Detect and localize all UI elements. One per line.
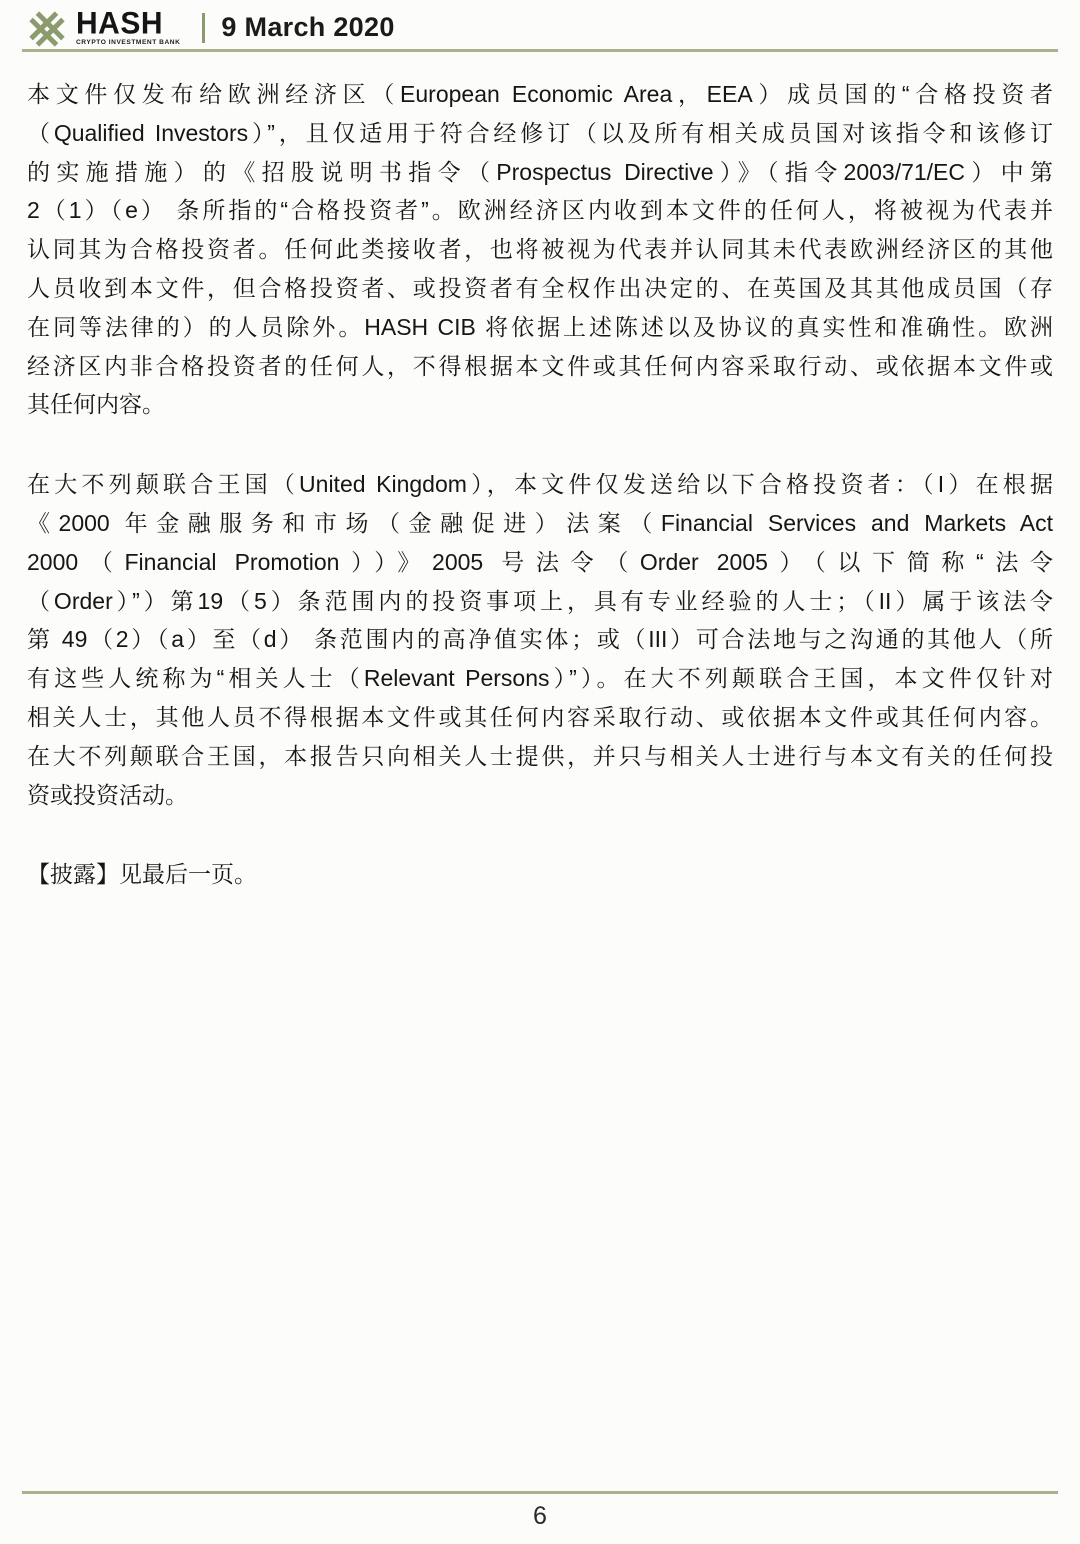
page-number: 6 [0,1502,1080,1531]
disclosure-note: 【披露】见最后一页。 [27,855,1053,894]
header-rule [22,49,1058,52]
text-line: 【披露】见最后一页。 [27,855,1053,894]
text-line: 资或投资活动。 [27,776,1053,815]
text-line: 人员收到本文件，但合格投资者、或投资者有全权作出决定的、在英国及其其他成员国（存 [27,269,1053,308]
report-date: 9 March 2020 [221,12,394,43]
text-line: 有这些人统称为“相关人士（Relevant Persons）”）。在大不列颠联合… [27,659,1053,698]
text-line: 本文件仅发布给欧洲经济区（European Economic Area，EEA）… [27,75,1053,114]
report-page: HASH CRYPTO INVESTMENT BANK 9 March 2020… [0,0,1080,1544]
header-separator-bar [202,13,205,43]
hash-asterisk-icon [27,9,67,49]
text-line: 2000（Financial Promotion））》2005 号法令（Orde… [27,543,1053,582]
report-header: HASH CRYPTO INVESTMENT BANK 9 March 2020 [27,4,1056,52]
text-line: 其任何内容。 [27,385,1053,424]
disclaimer-paragraph-eea: 本文件仅发布给欧洲经济区（European Economic Area，EEA）… [27,75,1053,424]
text-line: 在同等法律的）的人员除外。HASH CIB 将依据上述陈述以及协议的真实性和准确… [27,308,1053,347]
text-line: （Qualified Investors）”，且仅适用于符合经修订（以及所有相关… [27,114,1053,153]
text-line: 在大不列颠联合王国，本报告只向相关人士提供，并只与相关人士进行与本文有关的任何投 [27,737,1053,776]
text-line: 第 49（2）（a）至（d） 条范围内的高净值实体；或（III）可合法地与之沟通… [27,620,1053,659]
text-line: 2（1）（e） 条所指的“合格投资者”。欧洲经济区内收到本文件的任何人，将被视为… [27,191,1053,230]
footer-rule [22,1491,1058,1494]
logo-name: HASH [76,9,180,38]
logo-text-block: HASH CRYPTO INVESTMENT BANK [76,10,180,46]
text-line: 相关人士，其他人员不得根据本文件或其任何内容采取行动、或依据本文件或其任何内容。 [27,698,1053,737]
text-line: 认同其为合格投资者。任何此类接收者，也将被视为代表并认同其未代表欧洲经济区的其他 [27,230,1053,269]
text-line: 经济区内非合格投资者的任何人，不得根据本文件或其任何内容采取行动、或依据本文件或 [27,347,1053,386]
text-line: 在大不列颠联合王国（United Kingdom），本文件仅发送给以下合格投资者… [27,465,1053,504]
text-line: 《2000 年金融服务和市场（金融促进）法案（Financial Service… [27,504,1053,543]
document-body: 本文件仅发布给欧洲经济区（European Economic Area，EEA）… [27,75,1053,935]
text-line: （Order）”）第19（5）条范围内的投资事项上，具有专业经验的人士；（II）… [27,582,1053,621]
text-line: 的实施措施）的《招股说明书指令（Prospectus Directive）》（指… [27,153,1053,192]
disclaimer-paragraph-uk: 在大不列颠联合王国（United Kingdom），本文件仅发送给以下合格投资者… [27,465,1053,814]
